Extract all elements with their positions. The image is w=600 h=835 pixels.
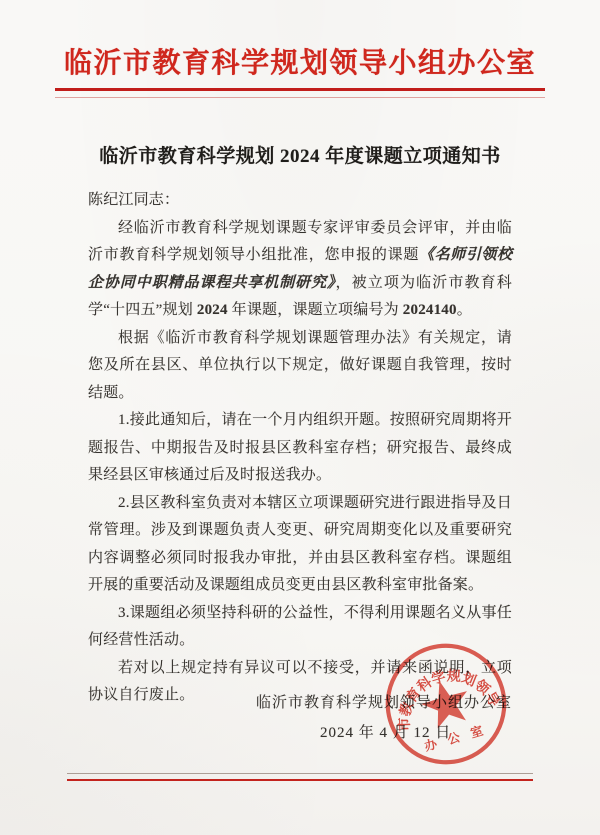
text-run: 根据《临沂市教育科学规划课题管理办法》有关规定，请您及所在县区、单位执行以下规定…	[88, 330, 512, 401]
paragraph-rule-1: 1.接此通知后，请在一个月内组织开题。按照研究周期将开题报告、中期报告及时报县区…	[88, 407, 512, 490]
text-run: 2024140	[403, 302, 457, 318]
signature-office-name: 临沂市教育科学规划领导小组办公室	[0, 691, 512, 712]
text-run: 。	[457, 302, 472, 318]
document-body: 陈纪江同志： 经临沂市教育科学规划课题专家评审委员会评审，并由临沂市教育科学规划…	[88, 187, 512, 710]
text-run: 2.县区教科室负责对本辖区立项课题研究进行跟进指导及日常管理。涉及到课题负责人变…	[88, 495, 512, 594]
paragraph-rule-2: 2.县区教科室负责对本辖区立项课题研究进行跟进指导及日常管理。涉及到课题负责人变…	[88, 490, 512, 600]
letterhead-title: 临沂市教育科学规划领导小组办公室	[0, 41, 600, 81]
footer-divider-rule	[67, 773, 533, 781]
letterhead-divider-rule	[55, 88, 545, 98]
signature-date: 2024 年 4 月 12 日	[320, 721, 451, 742]
paragraph-rule-3: 3.课题组必须坚持科研的公益性，不得利用课题名义从事任何经营性活动。	[88, 600, 512, 655]
scanned-document-page: 临沂市教育科学规划领导小组办公室 临沂市教育科学规划 2024 年度课题立项通知…	[0, 0, 600, 835]
document-title: 临沂市教育科学规划 2024 年度课题立项通知书	[0, 141, 600, 168]
text-run: 年课题，课题立项编号为	[228, 302, 403, 318]
paragraph-regulations-intro: 根据《临沂市教育科学规划课题管理办法》有关规定，请您及所在县区、单位执行以下规定…	[88, 325, 512, 408]
text-run: 3.课题组必须坚持科研的公益性，不得利用课题名义从事任何经营性活动。	[88, 605, 512, 649]
paragraph-approval: 经临沂市教育科学规划课题专家评审委员会评审，并由临沂市教育科学规划领导小组批准，…	[88, 215, 512, 325]
salutation: 陈纪江同志：	[88, 187, 512, 215]
text-run: 2024	[197, 302, 228, 318]
text-run: 1.接此通知后，请在一个月内组织开题。按照研究周期将开题报告、中期报告及时报县区…	[88, 412, 512, 483]
